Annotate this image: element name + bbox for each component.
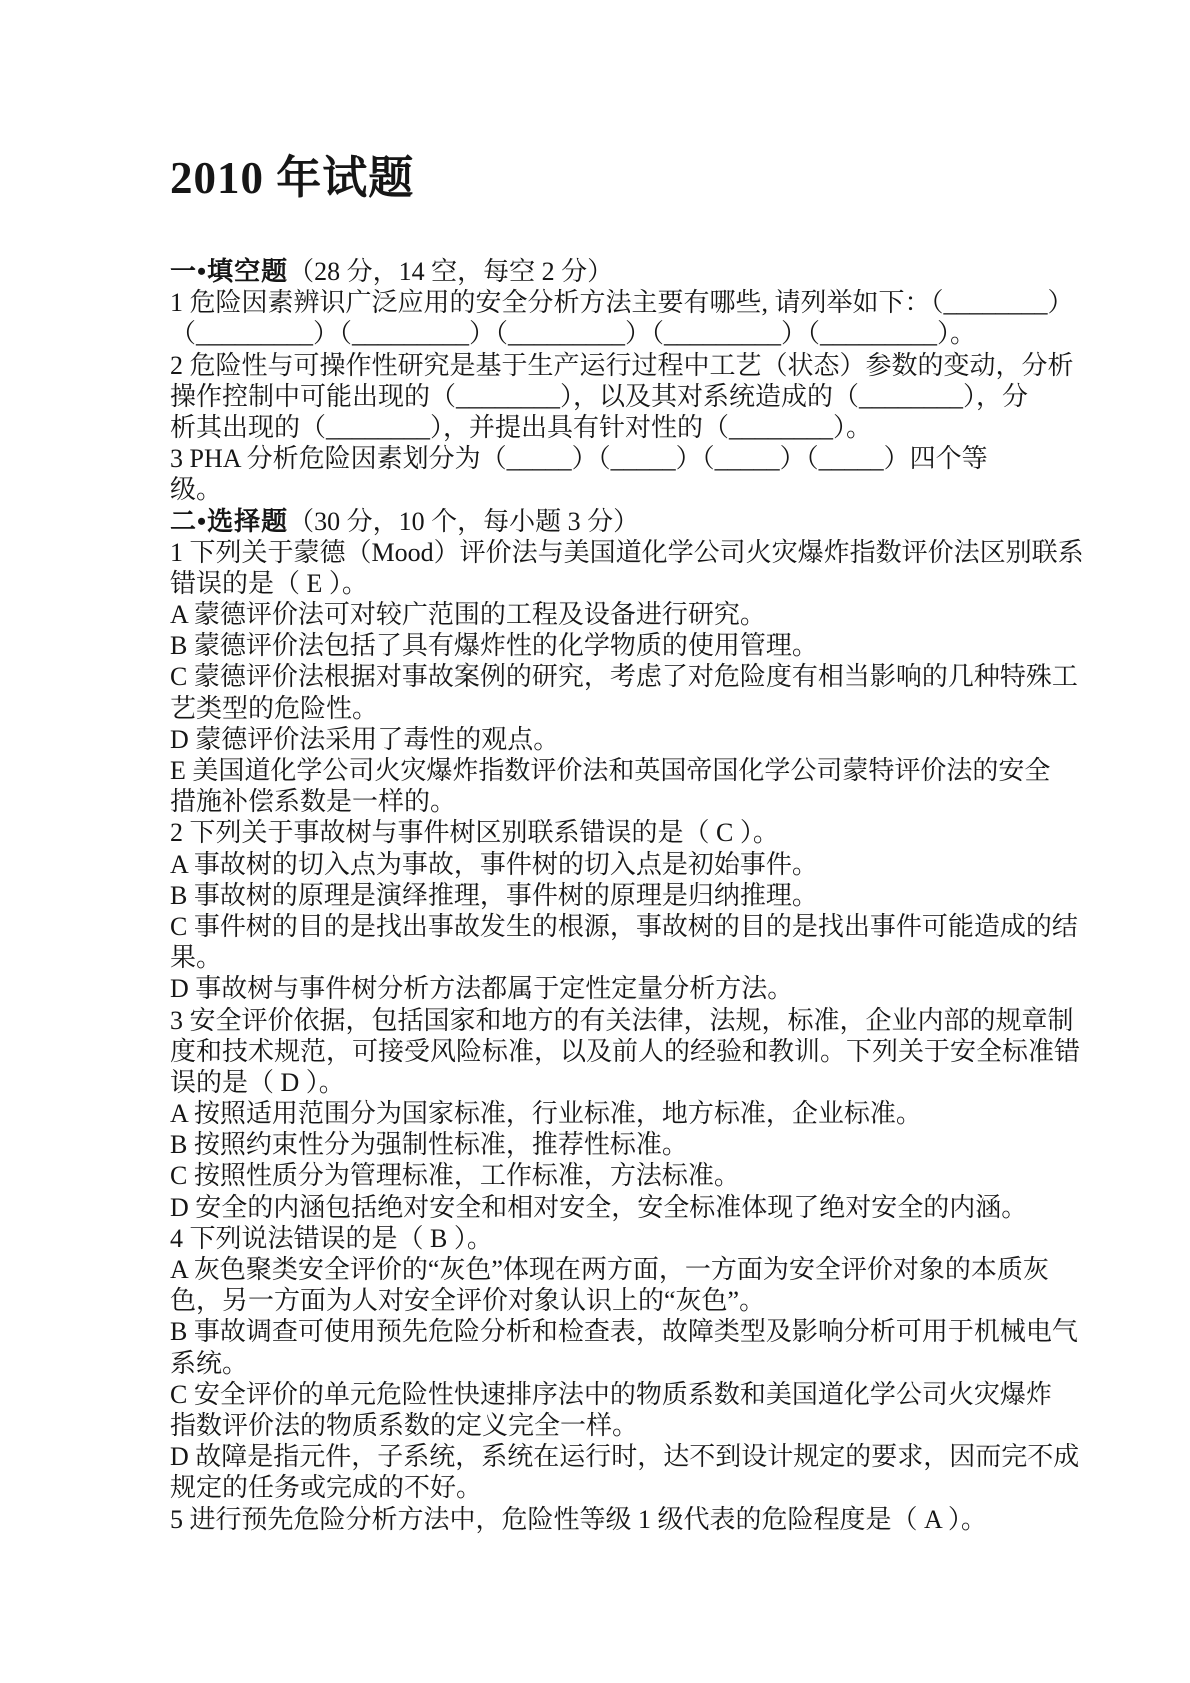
text-line: D 故障是指元件，子系统，系统在运行时，达不到设计规定的要求，因而完不成 xyxy=(170,1441,1100,1472)
text-line: 1 下列关于蒙德（Mood）评价法与美国道化学公司火灾爆炸指数评价法区别联系 xyxy=(170,537,1100,568)
text-line: 色，另一方面为人对安全评价对象认识上的“灰色”。 xyxy=(170,1285,1100,1316)
text-line: 指数评价法的物质系数的定义完全一样。 xyxy=(170,1410,1100,1441)
section-heading-meta: （30 分，10 个，每小题 3 分） xyxy=(288,507,639,536)
text-line: 艺类型的危险性。 xyxy=(170,693,1100,724)
text-line: A 灰色聚类安全评价的“灰色”体现在两方面，一方面为安全评价对象的本质灰 xyxy=(170,1254,1100,1285)
text-line: 级。 xyxy=(170,474,1100,505)
text-line: 1 危险因素辨识广泛应用的安全分析方法主要有哪些, 请列举如下：（_______… xyxy=(170,287,1100,318)
text-line: C 事件树的目的是找出事故发生的根源，事故树的目的是找出事件可能造成的结 xyxy=(170,911,1100,942)
document-body: 一•填空题（28 分，14 空，每空 2 分）1 危险因素辨识广泛应用的安全分析… xyxy=(170,256,1100,1535)
text-line: B 蒙德评价法包括了具有爆炸性的化学物质的使用管理。 xyxy=(170,630,1100,661)
section-heading: 一•填空题（28 分，14 空，每空 2 分） xyxy=(170,256,1100,287)
page-title: 2010 年试题 xyxy=(170,152,1100,204)
page-content: 2010 年试题 一•填空题（28 分，14 空，每空 2 分）1 危险因素辨识… xyxy=(0,0,1190,1535)
text-line: 析其出现的（________），并提出具有针对性的（________）。 xyxy=(170,412,1100,443)
section-heading-label: 一•填空题 xyxy=(170,257,288,286)
text-line: A 事故树的切入点为事故，事件树的切入点是初始事件。 xyxy=(170,849,1100,880)
section-heading-label: 二•选择题 xyxy=(170,507,288,536)
text-line: A 蒙德评价法可对较广范围的工程及设备进行研究。 xyxy=(170,599,1100,630)
text-line: B 按照约束性分为强制性标准，推荐性标准。 xyxy=(170,1129,1100,1160)
text-line: 度和技术规范，可接受风险标准，以及前人的经验和教训。下列关于安全标准错 xyxy=(170,1036,1100,1067)
text-line: B 事故树的原理是演绎推理，事件树的原理是归纳推理。 xyxy=(170,880,1100,911)
text-line: 4 下列说法错误的是（ B ）。 xyxy=(170,1223,1100,1254)
text-line: 误的是（ D ）。 xyxy=(170,1067,1100,1098)
text-line: D 事故树与事件树分析方法都属于定性定量分析方法。 xyxy=(170,973,1100,1004)
text-line: 系统。 xyxy=(170,1348,1100,1379)
text-line: 错误的是（ E ）。 xyxy=(170,568,1100,599)
text-line: C 蒙德评价法根据对事故案例的研究，考虑了对危险度有相当影响的几种特殊工 xyxy=(170,661,1100,692)
text-line: 2 下列关于事故树与事件树区别联系错误的是（ C ）。 xyxy=(170,817,1100,848)
text-line: 规定的任务或完成的不好。 xyxy=(170,1472,1100,1503)
text-line: A 按照适用范围分为国家标准，行业标准，地方标准，企业标准。 xyxy=(170,1098,1100,1129)
text-line: B 事故调查可使用预先危险分析和检查表，故障类型及影响分析可用于机械电气 xyxy=(170,1316,1100,1347)
text-line: D 安全的内涵包括绝对安全和相对安全，安全标准体现了绝对安全的内涵。 xyxy=(170,1192,1100,1223)
section-heading-meta: （28 分，14 空，每空 2 分） xyxy=(288,257,613,286)
text-line: 2 危险性与可操作性研究是基于生产运行过程中工艺（状态）参数的变动，分析 xyxy=(170,350,1100,381)
section-heading: 二•选择题（30 分，10 个，每小题 3 分） xyxy=(170,506,1100,537)
exam-page: 2010 年试题 一•填空题（28 分，14 空，每空 2 分）1 危险因素辨识… xyxy=(0,0,1190,1683)
text-line: 3 PHA 分析危险因素划分为（_____）（_____）（_____）（___… xyxy=(170,443,1100,474)
text-line: 3 安全评价依据，包括国家和地方的有关法律，法规，标准，企业内部的规章制 xyxy=(170,1005,1100,1036)
text-line: C 按照性质分为管理标准，工作标准，方法标准。 xyxy=(170,1160,1100,1191)
text-line: 措施补偿系数是一样的。 xyxy=(170,786,1100,817)
text-line: C 安全评价的单元危险性快速排序法中的物质系数和美国道化学公司火灾爆炸 xyxy=(170,1379,1100,1410)
text-line: 5 进行预先危险分析方法中，危险性等级 1 级代表的危险程度是（ A ）。 xyxy=(170,1504,1100,1535)
text-line: 操作控制中可能出现的（________），以及其对系统造成的（________）… xyxy=(170,381,1100,412)
text-line: （_________）（_________）（_________）（______… xyxy=(170,318,1100,349)
text-line: D 蒙德评价法采用了毒性的观点。 xyxy=(170,724,1100,755)
text-line: 果。 xyxy=(170,942,1100,973)
text-line: E 美国道化学公司火灾爆炸指数评价法和英国帝国化学公司蒙特评价法的安全 xyxy=(170,755,1100,786)
